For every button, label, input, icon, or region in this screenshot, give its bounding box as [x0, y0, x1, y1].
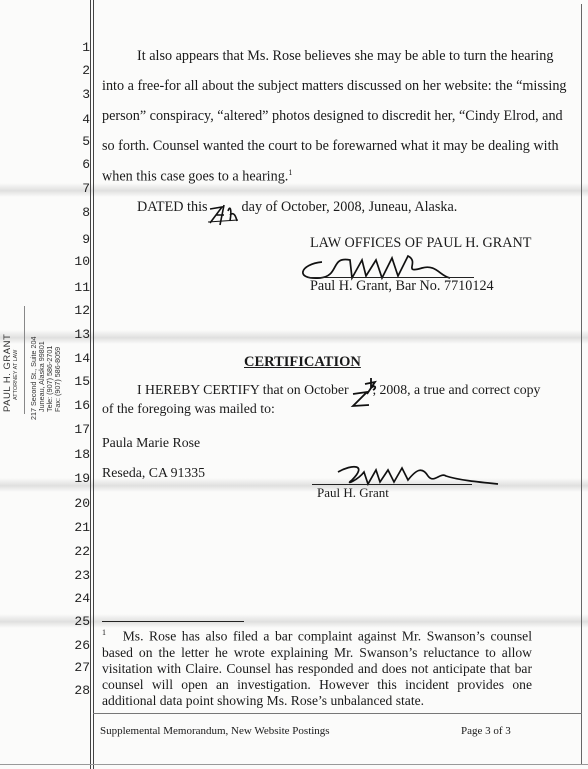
firm-fax: Fax: (907) 586-8059	[53, 347, 62, 412]
certification-line-1: I HEREBY CERTIFY that on October , 2008,…	[137, 382, 540, 398]
line-number: 11	[72, 280, 90, 295]
line-number: 15	[72, 374, 90, 389]
line-number: 27	[72, 660, 90, 675]
line-number: 16	[72, 398, 90, 413]
paragraph-line-5: when this case goes to a hearing.1	[102, 168, 292, 186]
paragraph-line-1: It also appears that Ms. Rose believes s…	[137, 48, 553, 65]
line-number: 25	[72, 614, 90, 629]
handwritten-day-mark	[204, 201, 238, 227]
line-number: 2	[72, 63, 90, 78]
line-number: 22	[72, 544, 90, 559]
left-margin-rule	[93, 0, 94, 769]
right-margin-rule	[581, 4, 582, 764]
letterhead-sidebar: PAUL H. GRANT ATTORNEY AT LAW 217 Second…	[0, 300, 70, 420]
footnote-separator	[102, 621, 244, 622]
footer-document-title: Supplemental Memorandum, New Website Pos…	[100, 725, 330, 737]
dated-line: DATED this day of October, 2008, Juneau,…	[137, 199, 457, 216]
footnote: 1 Ms. Rose has also filed a bar complain…	[102, 625, 532, 710]
line-number: 19	[72, 471, 90, 486]
line-number: 26	[72, 638, 90, 653]
page-bottom-edge	[0, 764, 588, 765]
footnote-text: Ms. Rose has also filed a bar complaint …	[102, 629, 532, 709]
left-margin-rule	[90, 0, 91, 769]
firm-name: PAUL H. GRANT	[2, 334, 13, 412]
paragraph-line-4: so forth. Counsel wanted the court to be…	[102, 138, 559, 155]
line-number: 10	[72, 254, 90, 269]
line-number: 9	[72, 232, 90, 247]
footer-rule	[93, 713, 582, 714]
recipient-name: Paula Marie Rose	[102, 435, 200, 451]
line-number: 18	[72, 447, 90, 462]
line-number: 12	[72, 303, 90, 318]
signer-name-bar-number: Paul H. Grant, Bar No. 7710124	[310, 278, 494, 295]
line-number: 14	[72, 351, 90, 366]
paragraph-line-3: person” conspiracy, “altered” photos des…	[102, 108, 563, 125]
line-number: 20	[72, 496, 90, 511]
line-number: 3	[72, 87, 90, 102]
firm-subtitle: ATTORNEY AT LAW	[13, 350, 19, 400]
line-number: 4	[72, 112, 90, 127]
line-number: 24	[72, 591, 90, 606]
handwritten-cert-date-mark	[349, 376, 379, 410]
firm-signature-heading: LAW OFFICES OF PAUL H. GRANT	[310, 235, 531, 252]
line-number: 13	[72, 327, 90, 342]
footnote-reference[interactable]: 1	[288, 168, 292, 177]
line-number: 8	[72, 205, 90, 220]
paragraph-line-2: into a free-for all about the subject ma…	[102, 78, 567, 95]
certification-signer: Paul H. Grant	[317, 485, 389, 501]
line-number: 7	[72, 181, 90, 196]
line-number: 5	[72, 134, 90, 149]
certification-title: CERTIFICATION	[244, 354, 361, 371]
letterhead-divider	[24, 306, 25, 414]
certification-line-2: of the foregoing was mailed to:	[102, 401, 275, 417]
line-number: 6	[72, 157, 90, 172]
footer-page-number: Page 3 of 3	[461, 725, 511, 737]
line-number: 28	[72, 683, 90, 698]
recipient-city: Reseda, CA 91335	[102, 465, 205, 481]
line-number: 17	[72, 422, 90, 437]
footnote-number: 1	[102, 628, 106, 637]
line-number: 21	[72, 520, 90, 535]
line-number: 1	[72, 40, 90, 55]
line-number: 23	[72, 568, 90, 583]
